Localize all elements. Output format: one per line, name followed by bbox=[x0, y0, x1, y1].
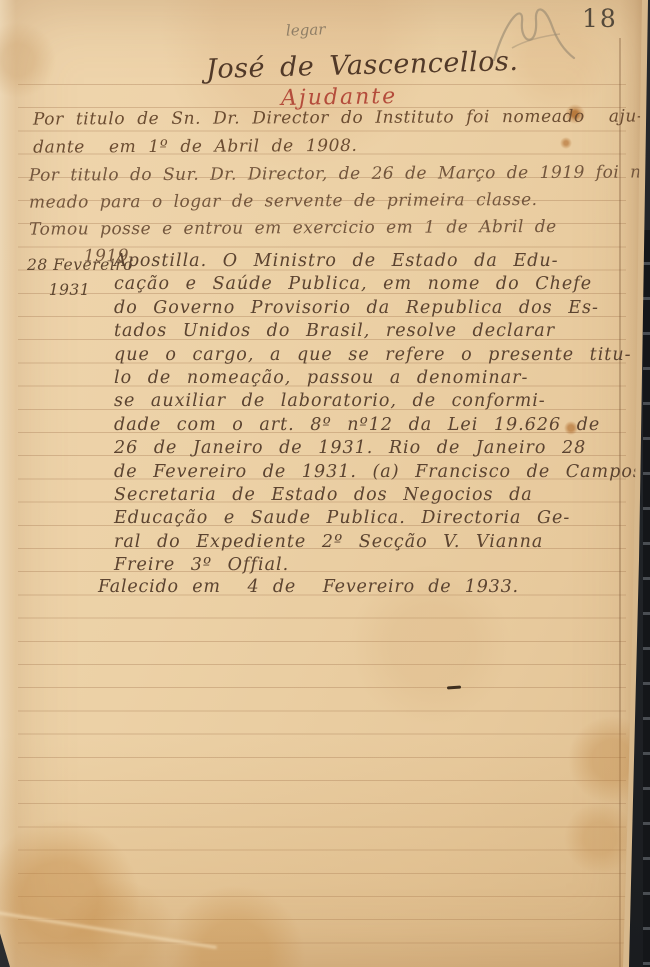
pencil-annotation: legar bbox=[286, 20, 326, 39]
scanned-document: 18 legar José de Vascencellos. Ajudante … bbox=[0, 0, 650, 967]
record-1908-appointment: Por titulo de Sn. Dr. Director do Instit… bbox=[33, 102, 644, 161]
death-record-note: Falecido em 4 de Fevereiro de 1933. bbox=[98, 577, 519, 597]
page-number: 18 bbox=[582, 4, 618, 33]
manuscript-page: 18 legar José de Vascencellos. Ajudante … bbox=[0, 0, 650, 967]
record-1931-apostilla: Apostilla. O Ministro de Estado da Edu- … bbox=[114, 250, 643, 578]
scan-ruler-strip bbox=[643, 230, 650, 967]
